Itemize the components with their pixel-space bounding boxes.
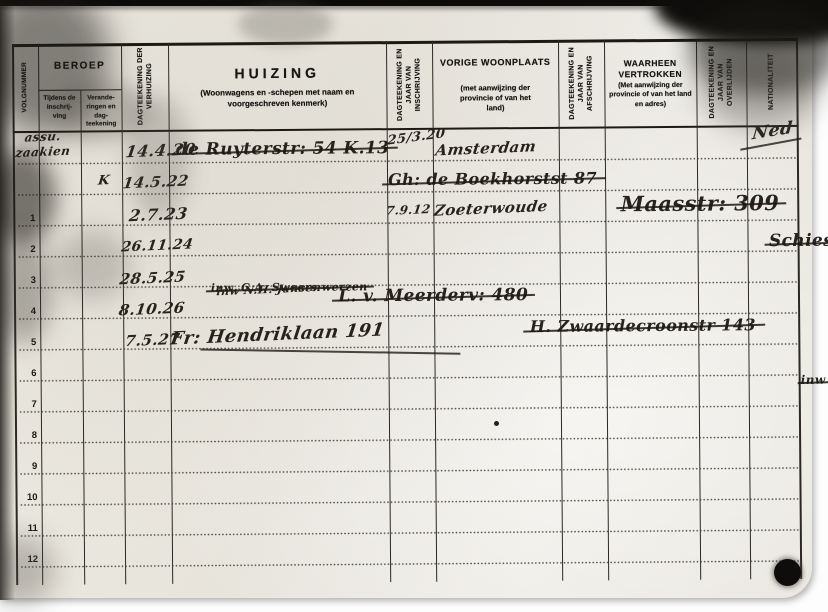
column-header-nationaliteit: NATIONALITEIT: [746, 38, 797, 125]
verhuizing-date: 26.11.24: [120, 236, 194, 255]
verhuizing-label: DAGTEEKENING DER VERHUIZING: [135, 44, 154, 128]
row-number: 10: [16, 492, 38, 503]
row-number: 4: [14, 306, 36, 317]
vorige-woonplaats-subtitle: (met aanwijzing der provincie of van het…: [450, 83, 540, 114]
dotted-row-line: [19, 374, 798, 382]
column-header-overlijden: DAGTEEKENING EN JAAR VAN OVERLIJDEN: [696, 38, 747, 125]
beroep-entry-line1: assu.: [24, 129, 62, 145]
beroep-entry-line2: zaakien: [15, 144, 72, 160]
vorige-woonplaats-entry: Amsterdam: [434, 137, 537, 159]
huizing-address: Gh: de Boekhorstst 87: [388, 168, 597, 189]
huizing-address: Fr: Hendriklaan 191: [169, 319, 385, 349]
row-number: 8: [15, 430, 37, 441]
beroep-subheader-tijdens: Tijdens de Inschrij- ving: [40, 95, 78, 122]
dotted-row-line: [19, 467, 798, 475]
column-header-beroep: BEROEP: [38, 60, 121, 72]
row-number: 11: [16, 523, 38, 534]
row-number: 3: [14, 275, 36, 286]
pen-flourish: [200, 348, 460, 354]
column-header-vorige-woonplaats: VORIGE WOONPLAATS: [432, 57, 558, 70]
inschrijving-label: DAGTEEKENING EN JAAR VAN INSCHRIJVING: [395, 42, 423, 126]
beroep-subheader-veranderingen: Verande- ringen en dag- teekening: [82, 94, 119, 129]
dotted-row-line: [20, 560, 799, 568]
afschrijving-label: DAGTEEKENING EN JAAR VAN AFSCHRIJVING: [567, 41, 595, 125]
dotted-row-line: [20, 529, 799, 537]
printed-table: 1 2 3 4 5 6 7 8 9 10 11 12 VOLGNUMMER BE…: [0, 0, 814, 601]
verhuizing-date: 8.10.26: [118, 299, 186, 320]
verhuizing-date: 28.5.25: [118, 268, 186, 289]
column-header-waarheen: WAARHEEN VERTROKKEN: [604, 58, 696, 81]
column-header-verhuizing: DAGTEEKENING DER VERHUIZING: [121, 43, 169, 130]
column-header-volgnummer: VOLGNUMMER: [12, 44, 39, 131]
row-number: 6: [15, 368, 37, 379]
row-number: 9: [15, 461, 37, 472]
row-number: 5: [14, 337, 36, 348]
huizing-address: L. v. Meerderv: 480: [338, 285, 528, 306]
register-card-paper: 1 2 3 4 5 6 7 8 9 10 11 12 VOLGNUMMER BE…: [0, 0, 812, 598]
huizing-subtitle: (Woonwagens en -schepen met naam en voor…: [184, 86, 370, 110]
verhuizing-date: 14.5.22: [122, 172, 190, 193]
inschrijving-date: 7.9.12: [385, 202, 431, 218]
waarheen-subtitle: (Met aanwijzing der provincie of van het…: [606, 81, 694, 110]
row-number: 12: [16, 554, 38, 565]
row-number: 7: [15, 399, 37, 410]
row-number: 2: [14, 244, 36, 255]
huizing-address: de Ruyterstr: 54 K.13: [176, 138, 390, 160]
overlijden-label: DAGTEEKENING EN JAAR VAN OVERLIJDEN: [707, 40, 735, 124]
scanned-register-card: { "colors": { "paper": "#ebe8e1", "ink":…: [0, 0, 828, 612]
column-header-huizing: HUIZING: [168, 64, 386, 82]
vorige-woonplaats-entry: Zoeterwoude: [433, 197, 549, 220]
huizing-address: Schiestraat 21: [769, 230, 828, 251]
column-header-afschrijving: DAGTEEKENING EN JAAR VAN AFSCHRIJVING: [558, 39, 605, 126]
huizing-address: Maasstr: 309: [621, 190, 780, 216]
nationaliteit-label: NATIONALITEIT: [766, 40, 776, 124]
dotted-row-line: [20, 498, 799, 506]
row-number: 1: [13, 213, 35, 224]
dotted-row-line: [19, 436, 798, 444]
column-header-inschrijving: DAGTEEKENING EN JAAR VAN INSCHRIJVING: [386, 41, 433, 128]
verhuizing-date: 2.7.23: [128, 204, 189, 225]
inwoning-note: inw v. d. Gaade: [801, 372, 828, 387]
marginal-note: K: [97, 173, 111, 189]
huizing-address: H. Zwaardecroonstr 143: [530, 315, 756, 336]
volgnummer-label: VOLGNUMMER: [21, 45, 30, 129]
dotted-row-line: [19, 405, 798, 413]
